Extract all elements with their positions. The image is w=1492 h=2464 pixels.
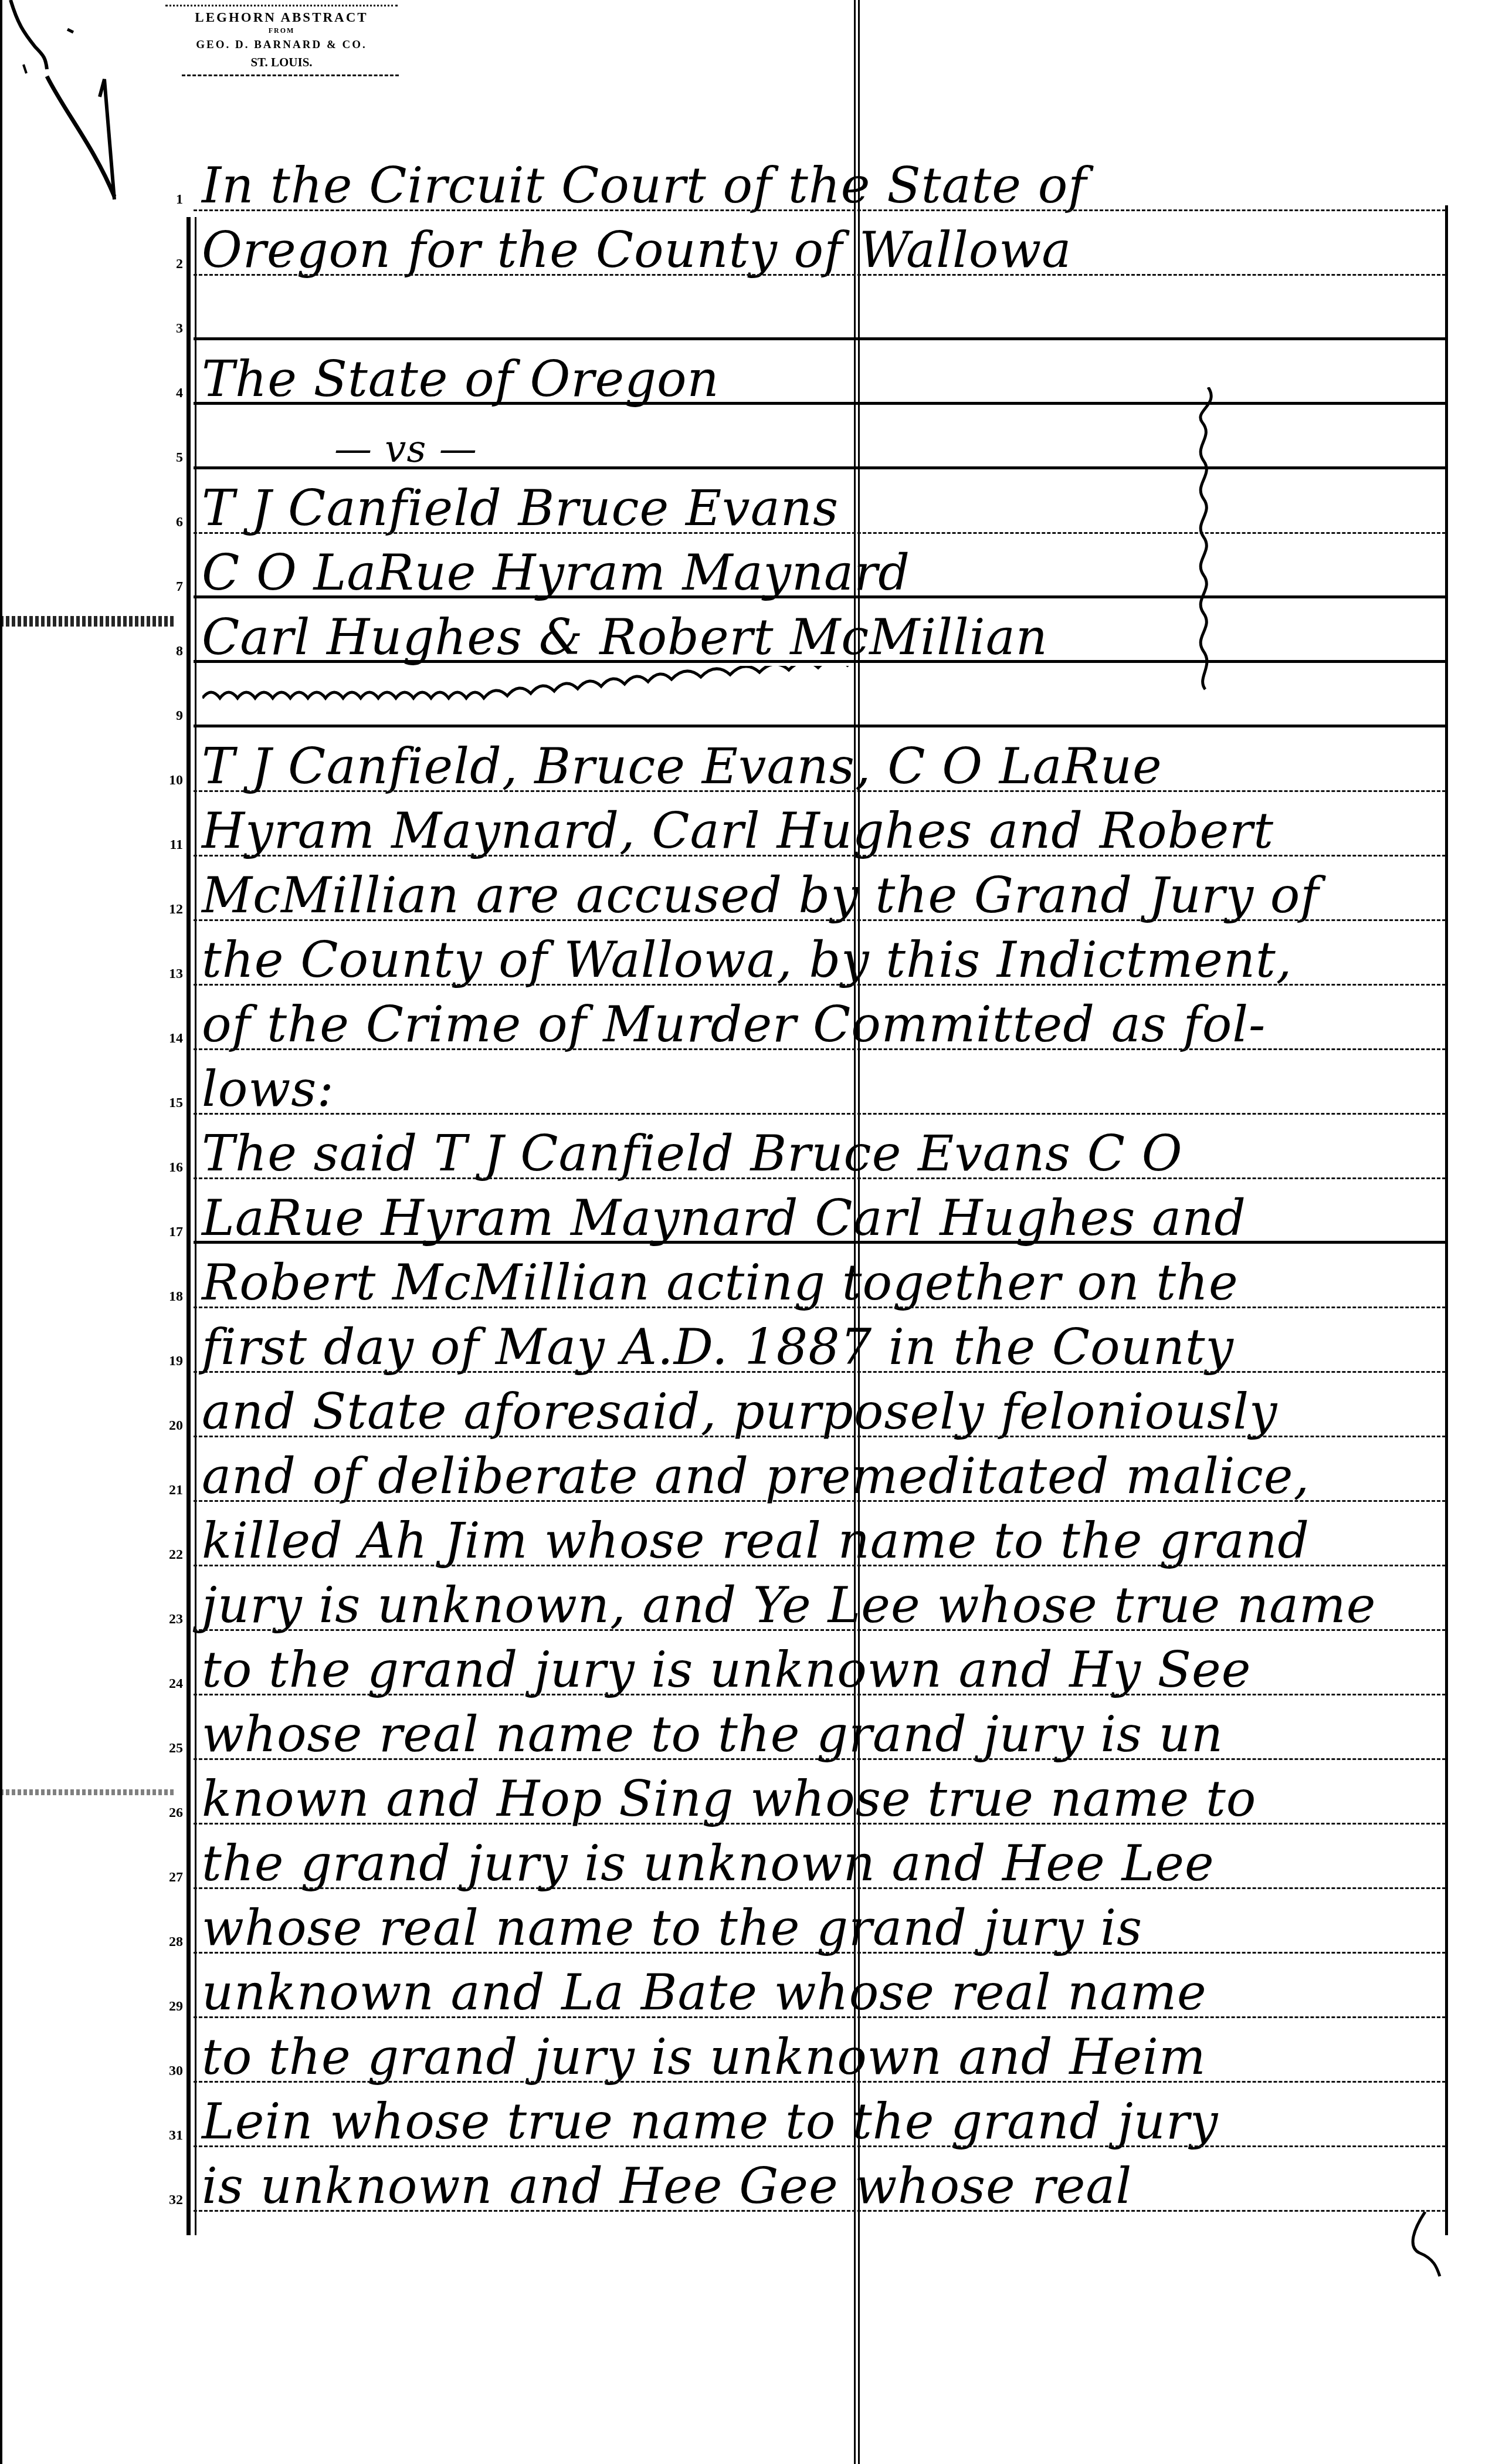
scan-edge [0, 0, 2, 2464]
line-14: 14of the Crime of Murder Committed as fo… [194, 986, 1446, 1050]
line-number: 22 [160, 1547, 183, 1563]
line-4: 4The State of Oregon [194, 340, 1446, 405]
line-8: 8Carl Hughes & Robert McMillian [194, 598, 1446, 663]
line-20: 20and State aforesaid, purposely felonio… [194, 1373, 1446, 1437]
printed-header-stamp: LEGHORN ABSTRACT FROM GEO. D. BARNARD & … [158, 5, 405, 76]
line-number: 7 [160, 579, 183, 595]
line-text: killed Ah Jim whose real name to the gra… [202, 1516, 1310, 1565]
line-10: 10T J Canfield, Bruce Evans, C O LaRue [194, 727, 1446, 792]
line-27: 27the grand jury is unknown and Hee Lee [194, 1825, 1446, 1889]
line-number: 8 [160, 644, 183, 659]
line-6: 6T J Canfield Bruce Evans [194, 469, 1446, 534]
line-13: 13the County of Wallowa, by this Indictm… [194, 921, 1446, 986]
line-1: 1In the Circuit Court of the State of [194, 147, 1446, 211]
line-number: 1 [160, 192, 183, 208]
line-text: first day of May A.D. 1887 in the County [202, 1322, 1234, 1372]
line-16: 16The said T J Canfield Bruce Evans C O [194, 1115, 1446, 1179]
line-number: 27 [160, 1870, 183, 1886]
line-text: of the Crime of Murder Committed as fol- [202, 1000, 1266, 1049]
line-text: unknown and La Bate whose real name [202, 1968, 1207, 2017]
line-number: 18 [160, 1289, 183, 1305]
caption-brace-icon [1191, 387, 1226, 692]
line-2: 2Oregon for the County of Wallowa [194, 211, 1446, 276]
line-number: 30 [160, 2063, 183, 2079]
line-number: 32 [160, 2192, 183, 2208]
line-text: T J Canfield, Bruce Evans, C O LaRue [202, 742, 1162, 791]
line-19: 19first day of May A.D. 1887 in the Coun… [194, 1308, 1446, 1373]
stamp-company: GEO. D. BARNARD & CO. [158, 39, 405, 52]
line-text: C O LaRue Hyram Maynard [202, 548, 910, 597]
line-text: The said T J Canfield Bruce Evans C O [202, 1129, 1183, 1178]
line-number: 23 [160, 1612, 183, 1627]
line-text: The State of Oregon [202, 354, 720, 404]
line-7: 7C O LaRue Hyram Maynard [194, 534, 1446, 598]
line-17: 17LaRue Hyram Maynard Carl Hughes and [194, 1179, 1446, 1244]
line-number: 15 [160, 1095, 183, 1111]
line-text: McMillian are accused by the Grand Jury … [202, 871, 1319, 920]
line-text: known and Hop Sing whose true name to [202, 1774, 1256, 1823]
line-number: 4 [160, 385, 183, 401]
line-text: whose real name to the grand jury is un [202, 1710, 1223, 1759]
line-text: whose real name to the grand jury is [202, 1903, 1142, 1952]
line-number: 25 [160, 1741, 183, 1756]
line-number: 13 [160, 966, 183, 982]
stamp-title: LEGHORN ABSTRACT [158, 10, 405, 25]
line-25: 25whose real name to the grand jury is u… [194, 1695, 1446, 1760]
line-5: 5— vs — [194, 405, 1446, 469]
line-number: 20 [160, 1418, 183, 1434]
stamp-city: ST. LOUIS. [158, 55, 405, 70]
line-text: to the grand jury is unknown and Heim [202, 2032, 1206, 2081]
line-text: to the grand jury is unknown and Hy See [202, 1645, 1252, 1694]
line-31: 31Lein whose true name to the grand jury [194, 2083, 1446, 2147]
line-number: 3 [160, 321, 183, 337]
line-number: 31 [160, 2128, 183, 2144]
line-number: 17 [160, 1224, 183, 1240]
document-page: LEGHORN ABSTRACT FROM GEO. D. BARNARD & … [0, 0, 1492, 2464]
line-text: Lein whose true name to the grand jury [202, 2097, 1219, 2146]
line-text: In the Circuit Court of the State of [202, 161, 1087, 210]
line-22: 22killed Ah Jim whose real name to the g… [194, 1502, 1446, 1566]
line-text: — vs — [334, 431, 477, 468]
line-text: LaRue Hyram Maynard Carl Hughes and [202, 1193, 1246, 1243]
ink-smudge [0, 1789, 176, 1795]
line-number: 21 [160, 1483, 183, 1498]
line-15: 15lows: [194, 1050, 1446, 1115]
line-21: 21and of deliberate and premeditated mal… [194, 1437, 1446, 1502]
wavy-separator [202, 666, 1446, 707]
line-text: the County of Wallowa, by this Indictmen… [202, 935, 1292, 984]
line-12: 12McMillian are accused by the Grand Jur… [194, 857, 1446, 921]
line-29: 29unknown and La Bate whose real name [194, 1954, 1446, 2018]
line-text: jury is unknown, and Ye Lee whose true n… [202, 1580, 1376, 1630]
line-30: 30to the grand jury is unknown and Heim [194, 2018, 1446, 2083]
line-number: 16 [160, 1160, 183, 1176]
line-text: Robert McMillian acting together on the [202, 1258, 1239, 1307]
line-text: and State aforesaid, purposely felonious… [202, 1387, 1278, 1436]
stamp-rule-bottom [182, 75, 399, 76]
line-number: 9 [160, 708, 183, 724]
line-number: 6 [160, 515, 183, 530]
stamp-rule-top [165, 5, 398, 6]
line-number: 24 [160, 1676, 183, 1692]
line-number: 12 [160, 902, 183, 918]
line-number: 29 [160, 1999, 183, 2015]
line-number: 28 [160, 1934, 183, 1950]
line-26: 26known and Hop Sing whose true name to [194, 1760, 1446, 1825]
line-32: 32is unknown and Hee Gee whose real [194, 2147, 1446, 2212]
line-18: 18Robert McMillian acting together on th… [194, 1244, 1446, 1308]
line-number: 19 [160, 1353, 183, 1369]
line-text: Hyram Maynard, Carl Hughes and Robert [202, 806, 1274, 855]
line-text: and of deliberate and premeditated malic… [202, 1451, 1310, 1501]
line-23: 23jury is unknown, and Ye Lee whose true… [194, 1566, 1446, 1631]
line-28: 28whose real name to the grand jury is [194, 1889, 1446, 1954]
line-number: 10 [160, 773, 183, 788]
ink-smudge [0, 616, 176, 627]
line-text: Carl Hughes & Robert McMillian [202, 612, 1048, 662]
line-number: 2 [160, 256, 183, 272]
stamp-from: FROM [158, 26, 405, 35]
line-number: 5 [160, 450, 183, 466]
closing-curl-icon [1402, 2212, 1449, 2282]
line-11: 11Hyram Maynard, Carl Hughes and Robert [194, 792, 1446, 857]
line-text: is unknown and Hee Gee whose real [202, 2161, 1132, 2211]
left-margin-line-outer [186, 217, 191, 2235]
line-number: 11 [160, 837, 183, 853]
line-text: Oregon for the County of Wallowa [202, 225, 1071, 275]
line-text: the grand jury is unknown and Hee Lee [202, 1839, 1215, 1888]
line-text: lows: [202, 1064, 334, 1113]
line-number: 14 [160, 1031, 183, 1047]
line-number: 26 [160, 1805, 183, 1821]
line-text: T J Canfield Bruce Evans [202, 483, 839, 533]
line-24: 24to the grand jury is unknown and Hy Se… [194, 1631, 1446, 1695]
line-3: 3 [194, 276, 1446, 340]
